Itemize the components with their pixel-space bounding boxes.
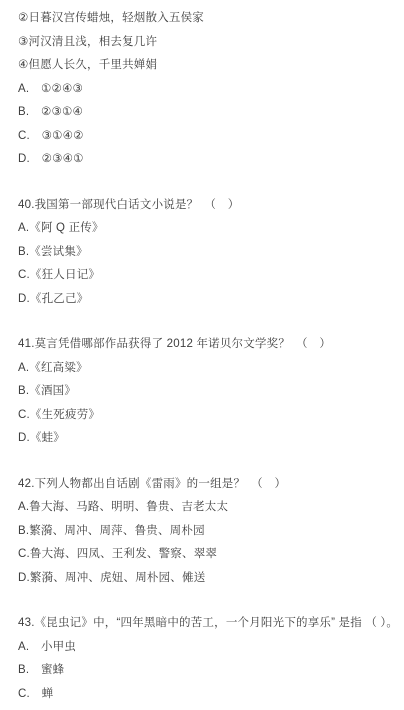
option-line-a: A. 小甲虫 [18, 636, 394, 660]
sequence-item-line-3: ③河汉清且浅，相去复几许 [18, 31, 394, 55]
option-line-c: C.《狂人日记》 [18, 264, 394, 288]
option-line-a: A.《红高粱》 [18, 357, 394, 381]
question-stem: 43.《昆虫记》中，“四年黑暗中的苦工，一个月阳光下的享乐” 是指 （ ）。 [18, 612, 394, 636]
question-stem: 41.莫言凭借哪部作品获得了 2012 年诺贝尔文学奖？ （ ） [18, 333, 394, 357]
question-41-block: 41.莫言凭借哪部作品获得了 2012 年诺贝尔文学奖？ （ ） A.《红高粱》… [18, 333, 394, 451]
option-line-d: D.繁漪、周冲、虎妞、周朴园、傩送 [18, 567, 394, 591]
option-line-b: B.《尝试集》 [18, 241, 394, 265]
question-stem: 40.我国第一部现代白话文小说是？ （ ） [18, 194, 394, 218]
sequence-item-line-2: ②日暮汉宫传蜡烛，轻烟散入五侯家 [18, 7, 394, 31]
question-39-continuation-block: ②日暮汉宫传蜡烛，轻烟散入五侯家 ③河汉清且浅，相去复几许 ④但愿人长久，千里共… [18, 7, 394, 172]
option-line-c: C. ③①④② [18, 125, 394, 149]
option-line-d: D.《蛙》 [18, 427, 394, 451]
option-line-c: C. 蝉 [18, 683, 394, 707]
option-line-c: C.鲁大海、四凤、王利发、警察、翠翠 [18, 543, 394, 567]
option-line-b: B.《酒国》 [18, 380, 394, 404]
option-line-b: B. 蜜蜂 [18, 659, 394, 683]
option-line-b: B.繁漪、周冲、周萍、鲁贵、周朴园 [18, 520, 394, 544]
question-42-block: 42.下列人物都出自话剧《雷雨》的一组是？ （ ） A.鲁大海、马路、明明、鲁贵… [18, 473, 394, 591]
option-line-a: A.《阿 Q 正传》 [18, 217, 394, 241]
quiz-document-page: ②日暮汉宫传蜡烛，轻烟散入五侯家 ③河汉清且浅，相去复几许 ④但愿人长久，千里共… [0, 0, 404, 710]
option-line-c: C.《生死疲劳》 [18, 404, 394, 428]
option-line-d: D.《孔乙己》 [18, 288, 394, 312]
question-43-block: 43.《昆虫记》中，“四年黑暗中的苦工，一个月阳光下的享乐” 是指 （ ）。 A… [18, 612, 394, 706]
question-stem: 42.下列人物都出自话剧《雷雨》的一组是？ （ ） [18, 473, 394, 497]
option-line-a: A.鲁大海、马路、明明、鲁贵、吉老太太 [18, 496, 394, 520]
option-line-a: A. ①②④③ [18, 78, 394, 102]
option-line-d: D. ②③④① [18, 148, 394, 172]
sequence-item-line-4: ④但愿人长久，千里共婵娟 [18, 54, 394, 78]
question-40-block: 40.我国第一部现代白话文小说是？ （ ） A.《阿 Q 正传》 B.《尝试集》… [18, 194, 394, 312]
option-line-b: B. ②③①④ [18, 101, 394, 125]
